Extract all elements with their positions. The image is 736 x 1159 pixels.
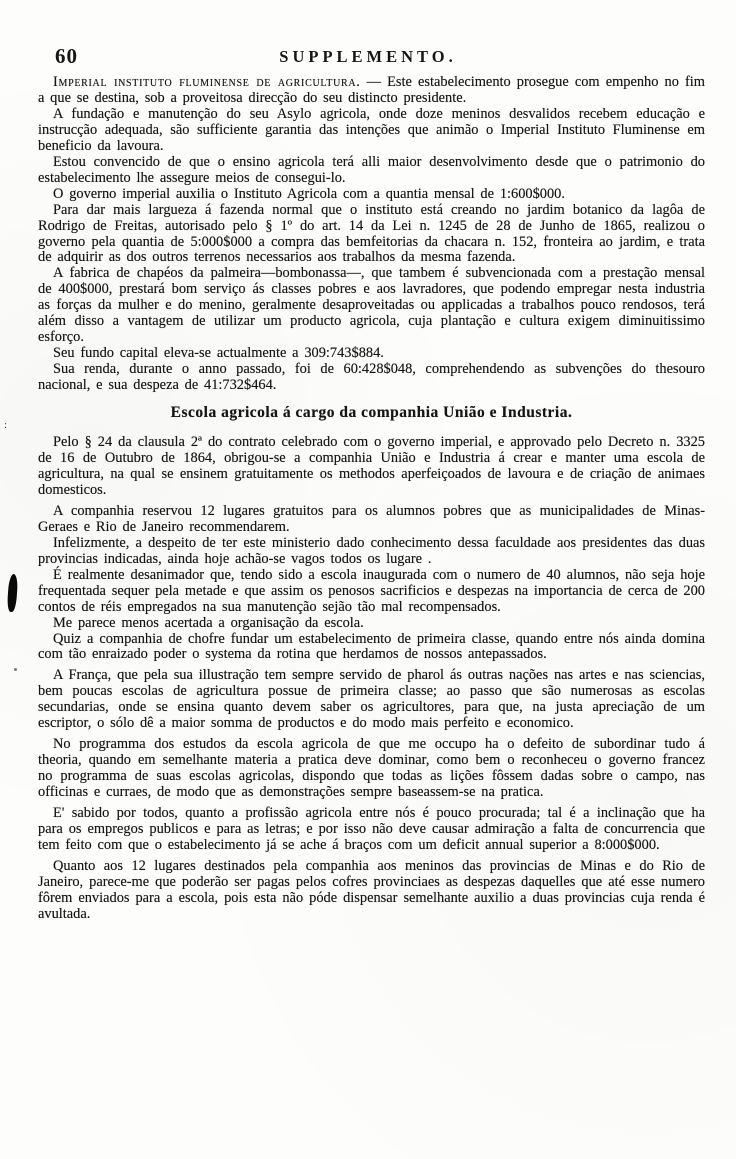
paragraph: A França, que pela sua illustração tem s… (38, 668, 705, 732)
paragraph-lead: Imperial instituto fluminense de agricul… (38, 75, 705, 107)
page-title: SUPPLEMENTO. (0, 47, 736, 67)
paragraph: O governo imperial auxilia o Instituto A… (38, 187, 705, 203)
ink-dot (14, 668, 17, 671)
article-lead-in: Imperial instituto fluminense de agricul… (53, 74, 361, 90)
paragraph: Quiz a companhia de chofre fundar um est… (38, 632, 705, 664)
paragraph: Seu fundo capital eleva-se actualmente a… (38, 346, 705, 362)
paragraph: E' sabido por todos, quanto a profissão … (38, 806, 705, 854)
paragraph: É realmente desanimador que, tendo sido … (38, 568, 705, 616)
paragraph: A fabrica de chapéos da palmeira—bombona… (38, 266, 705, 346)
paragraph: A companhia reservou 12 lugares gratuito… (38, 504, 705, 536)
paragraph: Sua renda, durante o anno passado, foi d… (38, 362, 705, 394)
paragraph: Para dar mais largueza á fazenda normal … (38, 203, 705, 267)
paragraph: Me parece menos acertada a organisação d… (38, 616, 705, 632)
paragraph: No programma dos estudos da escola agric… (38, 737, 705, 801)
paragraph: Estou convencido de que o ensino agricol… (38, 155, 705, 187)
paragraph: A fundação e manutenção do seu Asylo agr… (38, 107, 705, 155)
scanned-document-page: 60 SUPPLEMENTO. : Imperial instituto flu… (0, 0, 736, 1159)
paragraph: Infelizmente, a despeito de ter este min… (38, 536, 705, 568)
article-body: Imperial instituto fluminense de agricul… (38, 75, 705, 923)
section-heading: Escola agricola á cargo da companhia Uni… (38, 404, 705, 422)
paragraph: Pelo § 24 da clausula 2ª do contrato cel… (38, 435, 705, 499)
ink-blot-mark (7, 574, 19, 613)
ink-speck: : (4, 420, 7, 430)
paragraph: Quanto aos 12 lugares destinados pela co… (38, 859, 705, 923)
